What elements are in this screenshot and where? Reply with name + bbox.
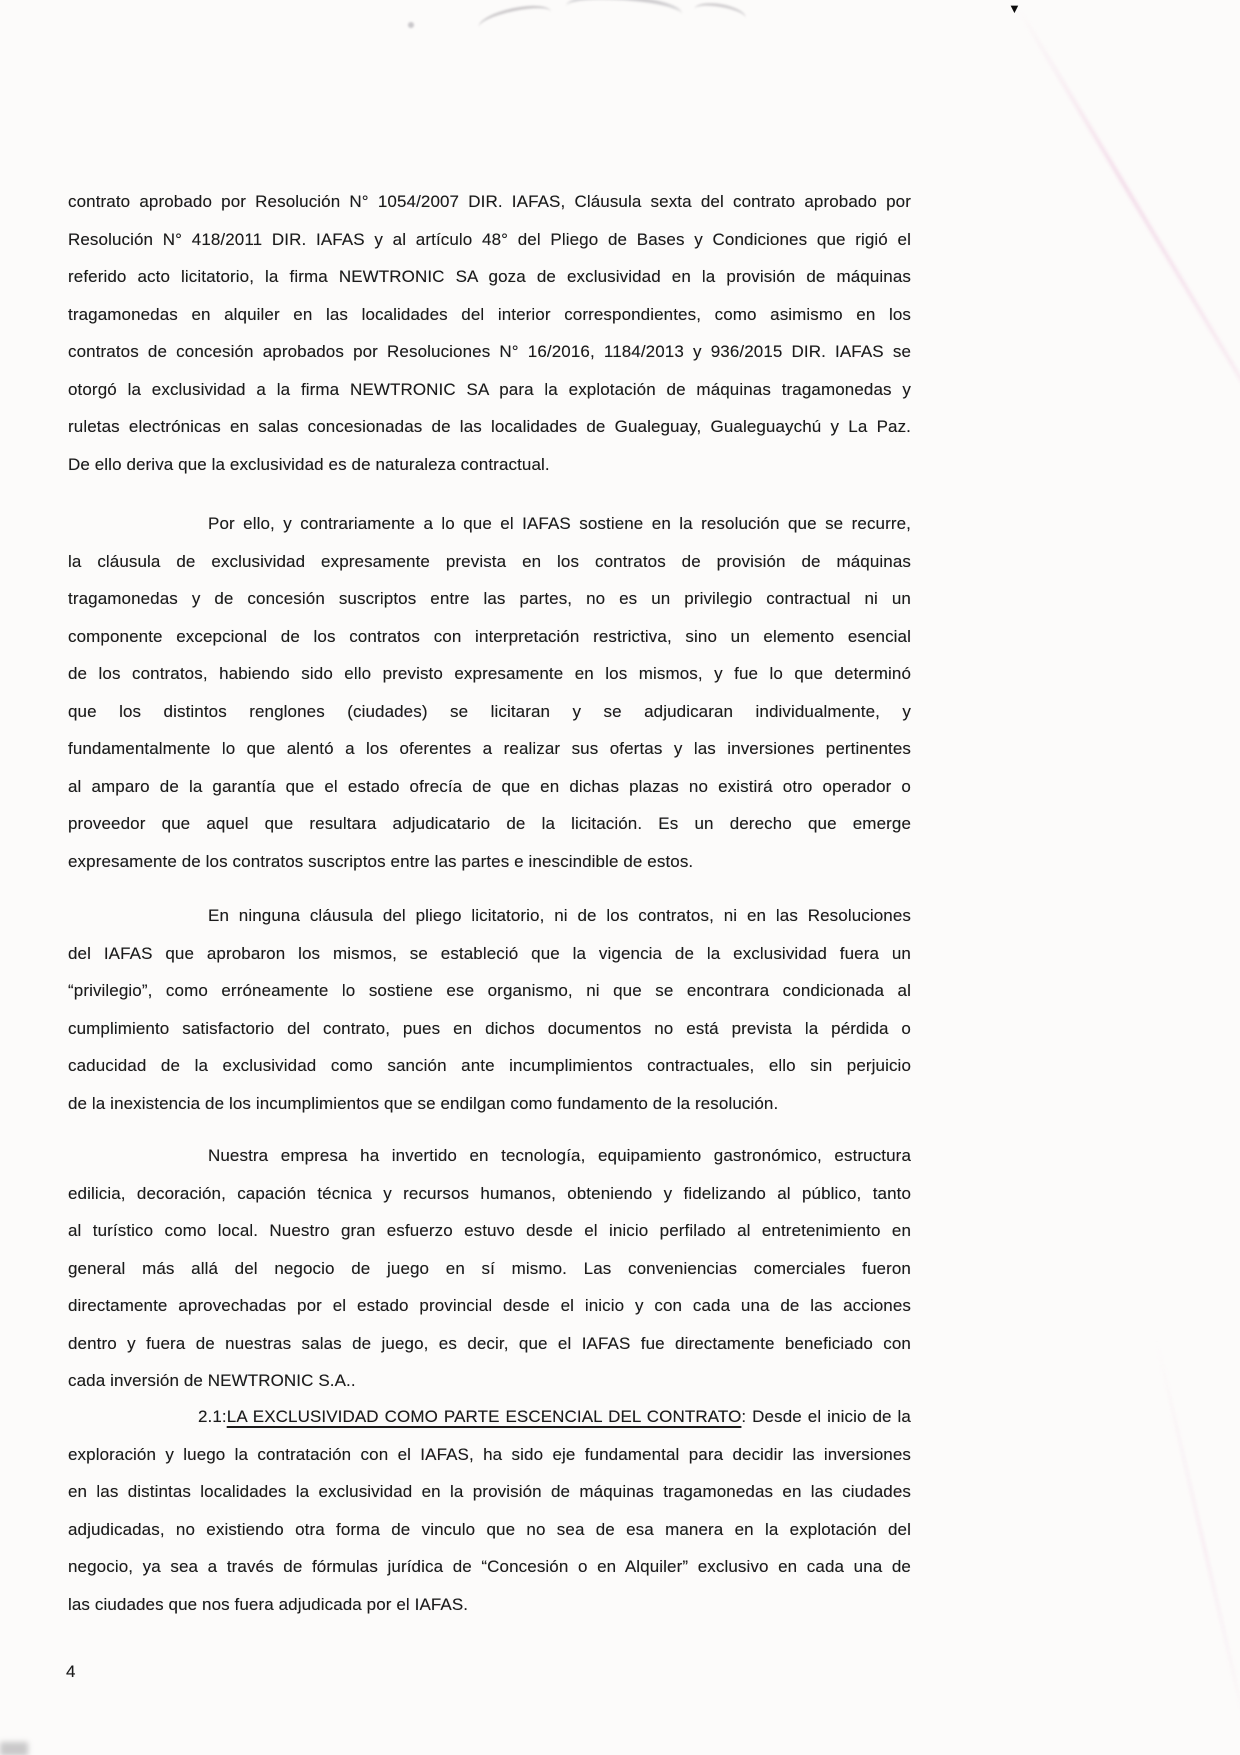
text-line: fundamentalmente lo que alentó a los ofe…	[68, 730, 911, 768]
text-line: que los distintos renglones (ciudades) s…	[68, 693, 911, 731]
text-line: Nuestra empresa ha invertido en tecnolog…	[68, 1137, 911, 1175]
text-line: En ninguna cláusula del pliego licitator…	[68, 897, 911, 935]
text-line: al turístico como local. Nuestro gran es…	[68, 1212, 911, 1250]
text-line: directamente aprovechadas por el estado …	[68, 1287, 911, 1325]
text-line: referido acto licitatorio, la firma NEWT…	[68, 258, 911, 296]
text-line: general más allá del negocio de juego en…	[68, 1250, 911, 1288]
page-number: 4	[66, 1662, 75, 1682]
text-line: cumplimiento satisfactorio del contrato,…	[68, 1010, 911, 1048]
text-line: al amparo de la garantía que el estado o…	[68, 768, 911, 806]
heading-number: 2.1:	[198, 1407, 227, 1426]
scan-fold-streak	[1016, 7, 1240, 592]
text-line: cada inversión de NEWTRONIC S.A..	[68, 1362, 911, 1400]
paragraph: Por ello, y contrariamente a lo que el I…	[68, 505, 911, 880]
text-line: Resolución N° 418/2011 DIR. IAFAS y al a…	[68, 221, 911, 259]
heading-title: LA EXCLUSIVIDAD COMO PARTE ESCENCIAL DEL…	[227, 1407, 742, 1426]
text-line: en las distintas localidades la exclusiv…	[68, 1473, 911, 1511]
text-line: componente excepcional de los contratos …	[68, 618, 911, 656]
text-line: adjudicadas, no existiendo otra forma de…	[68, 1511, 911, 1549]
text-line: “privilegio”, como erróneamente lo sosti…	[68, 972, 911, 1010]
scan-fold-streak	[1155, 1340, 1240, 1750]
text-line: contratos de concesión aprobados por Res…	[68, 333, 911, 371]
text-line: contrato aprobado por Resolución N° 1054…	[68, 183, 911, 221]
text-line: caducidad de la exclusividad como sanció…	[68, 1047, 911, 1085]
scan-smudge	[693, 0, 748, 27]
text-line: expresamente de los contratos suscriptos…	[68, 843, 911, 881]
text-line: del IAFAS que aprobaron los mismos, se e…	[68, 935, 911, 973]
paragraph: Nuestra empresa ha invertido en tecnolog…	[68, 1137, 911, 1400]
text-line: negocio, ya sea a través de fórmulas jur…	[68, 1548, 911, 1586]
scan-smudge	[0, 1742, 28, 1755]
heading-line: 2.1:LA EXCLUSIVIDAD COMO PARTE ESCENCIAL…	[68, 1398, 911, 1436]
text-line: la cláusula de exclusividad expresamente…	[68, 543, 911, 581]
heading-after: : Desde el inicio de la	[741, 1407, 911, 1426]
scanned-page: ▼ contrato aprobado por Resolución N° 10…	[0, 0, 1240, 1755]
text-line: edilicia, decoración, capación técnica y…	[68, 1175, 911, 1213]
scan-smudge	[565, 0, 683, 28]
paragraph: contrato aprobado por Resolución N° 1054…	[68, 183, 911, 483]
scan-smudge	[476, 1, 553, 39]
text-line: otorgó la exclusividad a la firma NEWTRO…	[68, 371, 911, 409]
text-line: dentro y fuera de nuestras salas de jueg…	[68, 1325, 911, 1363]
corner-triangle-icon: ▼	[1008, 2, 1021, 15]
text-line: tragamonedas y de concesión suscriptos e…	[68, 580, 911, 618]
text-line: ruletas electrónicas en salas concesiona…	[68, 408, 911, 446]
text-line: de la inexistencia de los incumplimiento…	[68, 1085, 911, 1123]
paragraph: En ninguna cláusula del pliego licitator…	[68, 897, 911, 1122]
text-line: tragamonedas en alquiler en las localida…	[68, 296, 911, 334]
text-line: las ciudades que nos fuera adjudicada po…	[68, 1586, 911, 1624]
text-line: Por ello, y contrariamente a lo que el I…	[68, 505, 911, 543]
text-line: de los contratos, habiendo sido ello pre…	[68, 655, 911, 693]
text-line: proveedor que aquel que resultara adjudi…	[68, 805, 911, 843]
paragraph: 2.1:LA EXCLUSIVIDAD COMO PARTE ESCENCIAL…	[68, 1398, 911, 1623]
text-line: De ello deriva que la exclusividad es de…	[68, 446, 911, 484]
scan-smudge	[408, 22, 414, 28]
text-line: exploración y luego la contratación con …	[68, 1436, 911, 1474]
